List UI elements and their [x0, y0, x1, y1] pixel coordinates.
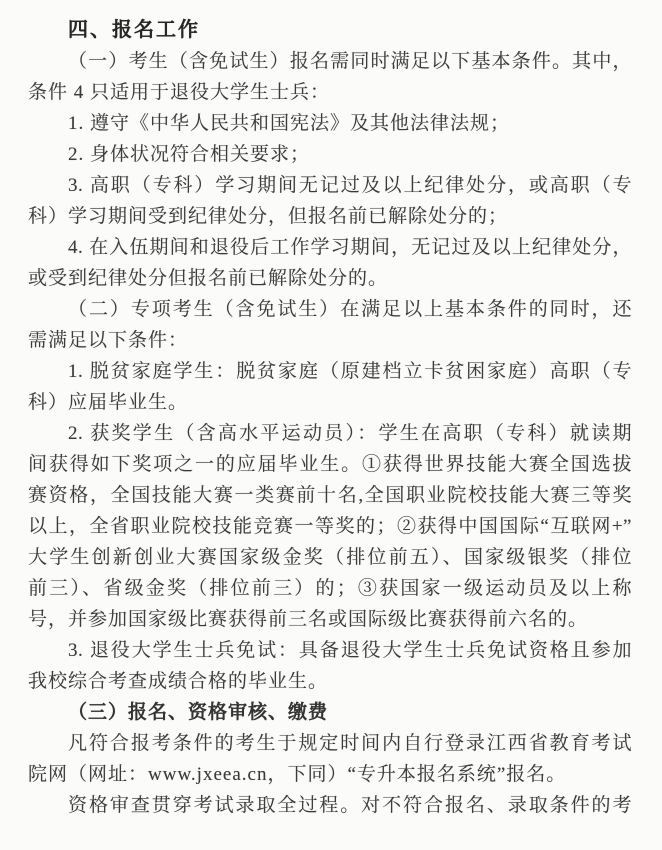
doc-line: 2. 身体状况符合相关要求；	[28, 139, 632, 170]
doc-line: 号，并参加国家级比赛获得前三名或国际级比赛获得前六名的。	[28, 604, 632, 635]
doc-line: 凡符合报考条件的考生于规定时间内自行登录江西省教育考试	[28, 728, 632, 759]
doc-line: 赛资格，全国技能大赛一类赛前十名,全国职业院校技能大赛三等奖	[28, 480, 632, 511]
subsection-heading: （三）报名、资格审核、缴费	[28, 697, 632, 728]
doc-line: 2. 获奖学生（含高水平运动员）：学生在高职（专科）就读期	[28, 418, 632, 449]
doc-line: 院网（网址：www.jxeea.cn，下同）“专升本报名系统”报名。	[28, 759, 632, 790]
doc-line: 大学生创新创业大赛国家级金奖（排位前五）、国家级银奖（排位	[28, 542, 632, 573]
doc-line: 1. 遵守《中华人民共和国宪法》及其他法律法规；	[28, 108, 632, 139]
doc-line: 3. 高职（专科）学习期间无记过及以上纪律处分，或高职（专	[28, 170, 632, 201]
doc-line: 以上，全省职业院校技能竞赛一等奖的；②获得中国国际“互联网+”	[28, 511, 632, 542]
doc-line: 或受到纪律处分但报名前已解除处分的。	[28, 263, 632, 294]
doc-line: 需满足以下条件：	[28, 325, 632, 356]
doc-line: 科）应届毕业生。	[28, 387, 632, 418]
doc-line: （二）专项考生（含免试生）在满足以上基本条件的同时，还	[28, 294, 632, 325]
doc-line: （一）考生（含免试生）报名需同时满足以下基本条件。其中，	[28, 46, 632, 77]
doc-line: 4. 在入伍期间和退役后工作学习期间，无记过及以上纪律处分，	[28, 232, 632, 263]
doc-line: 前三）、省级金奖（排位前三）的；③获国家一级运动员及以上称	[28, 573, 632, 604]
doc-line: 我校综合考查成绩合格的毕业生。	[28, 666, 632, 697]
doc-line: 1. 脱贫家庭学生：脱贫家庭（原建档立卡贫困家庭）高职（专	[28, 356, 632, 387]
doc-line: 条件 4 只适用于退役大学生士兵：	[28, 77, 632, 108]
doc-line: 3. 退役大学生士兵免试：具备退役大学生士兵免试资格且参加	[28, 635, 632, 666]
doc-line: 资格审查贯穿考试录取全过程。对不符合报名、录取条件的考	[28, 790, 632, 821]
section-heading: 四、报名工作	[28, 15, 632, 46]
doc-line: 科）学习期间受到纪律处分，但报名前已解除处分的；	[28, 201, 632, 232]
doc-line: 间获得如下奖项之一的应届毕业生。①获得世界技能大赛全国选拔	[28, 449, 632, 480]
document-page: 四、报名工作 （一）考生（含免试生）报名需同时满足以下基本条件。其中， 条件 4…	[0, 0, 662, 850]
